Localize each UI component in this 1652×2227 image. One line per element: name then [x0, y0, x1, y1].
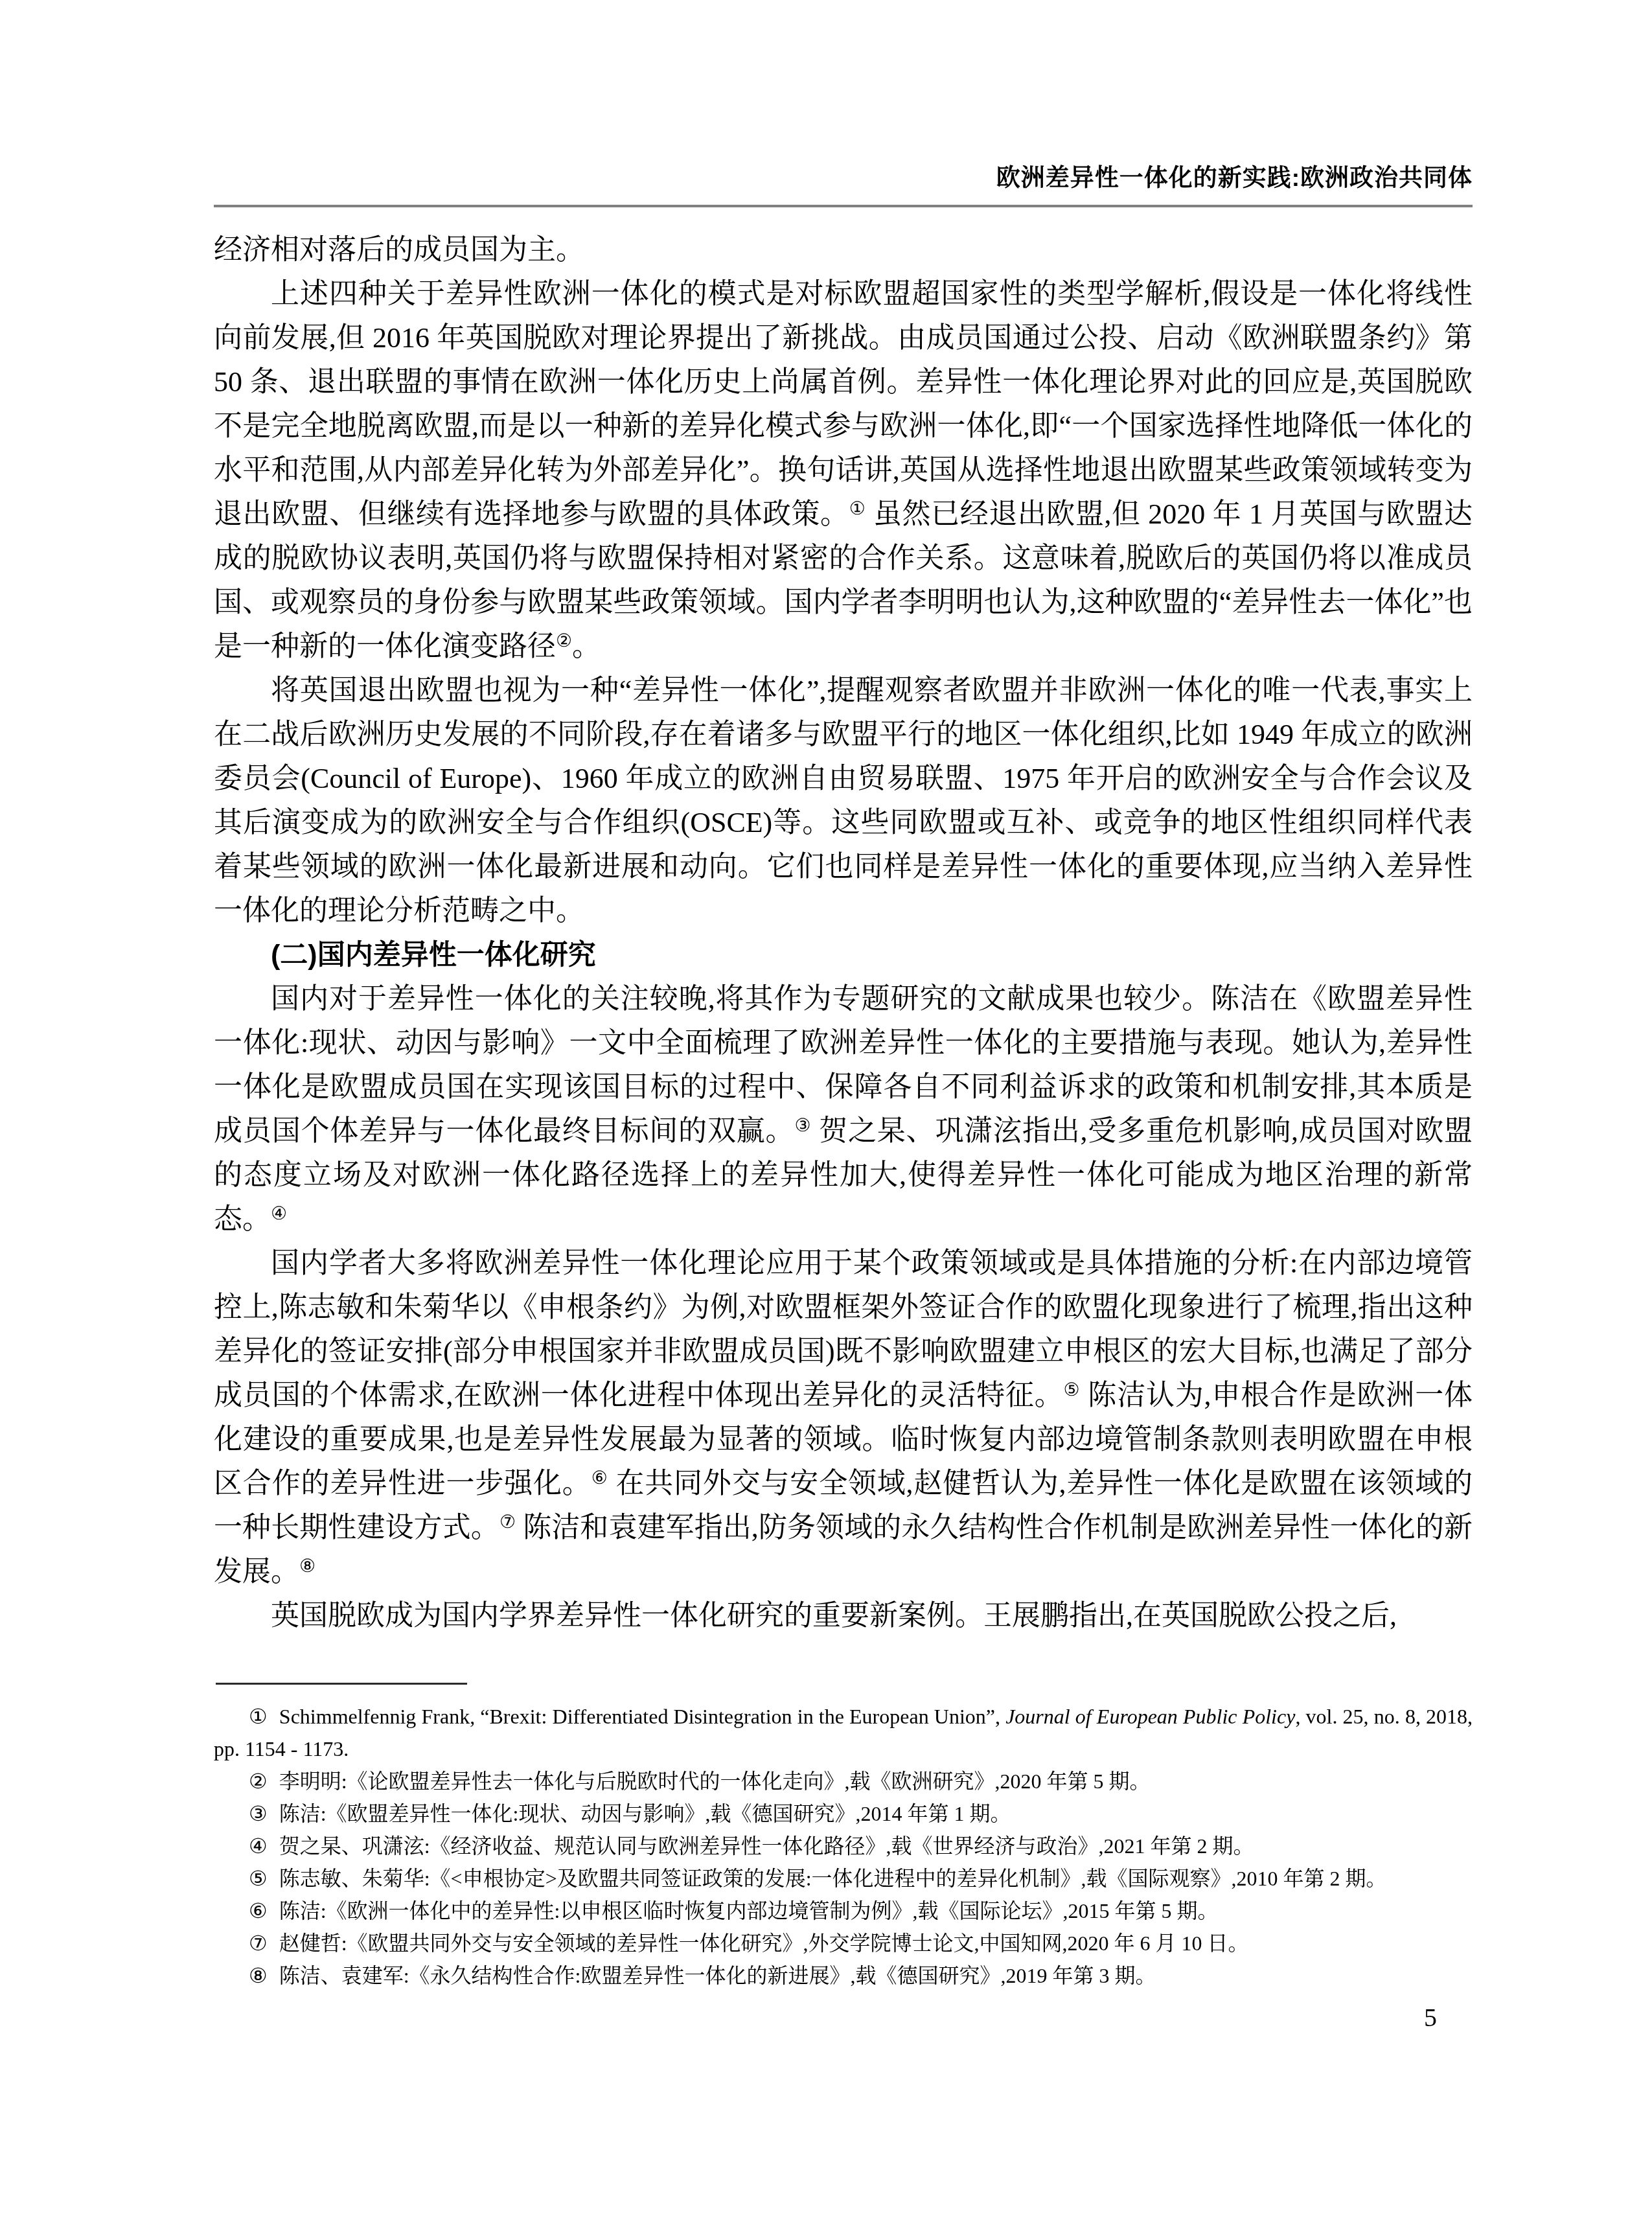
text-run: 英国脱欧成为国内学界差异性一体化研究的重要新案例。王展鹏指出,在英国脱欧公投之后… [271, 1600, 1397, 1632]
article-body: 经济相对落后的成员国为主。上述四种关于差异性欧洲一体化的模式是对标欧盟超国家性的… [214, 228, 1473, 1638]
body-paragraph: 国内对于差异性一体化的关注较晚,将其作为专题研究的文献成果也较少。陈洁在《欧盟差… [214, 977, 1473, 1241]
text-run: 陈志敏、朱菊华:《<申根协定>及欧盟共同签证政策的发展:一体化进程中的差异化机制… [279, 1867, 1387, 1890]
text-run: 陈洁:《欧盟差异性一体化:现状、动因与影响》,载《德国研究》,2014 年第 1… [279, 1802, 1011, 1825]
text-run: 经济相对落后的成员国为主。 [214, 234, 584, 266]
body-paragraph: 上述四种关于差异性欧洲一体化的模式是对标欧盟超国家性的类型学解析,假设是一体化将… [214, 272, 1473, 669]
footnote-ref: ③ [794, 1116, 811, 1136]
footnote-item: ⑧陈洁、袁建军:《永久结构性合作:欧盟差异性一体化的新进展》,载《德国研究》,2… [214, 1959, 1473, 1992]
footnote-item: ①Schimmelfennig Frank, “Brexit: Differen… [214, 1700, 1473, 1765]
text-run: Schimmelfennig Frank, “Brexit: Different… [279, 1705, 1005, 1728]
page-number: 5 [1424, 2002, 1437, 2033]
body-paragraph: 经济相对落后的成员国为主。 [214, 228, 1473, 272]
footnote-number: ③ [249, 1802, 268, 1825]
footnotes: ①Schimmelfennig Frank, “Brexit: Differen… [214, 1700, 1473, 1992]
footnote-item: ②李明明:《论欧盟差异性去一体化与后脱欧时代的一体化走向》,载《欧洲研究》,20… [214, 1765, 1473, 1797]
footnote-item: ④贺之杲、巩潇泫:《经济收益、规范认同与欧洲差异性一体化路径》,载《世界经济与政… [214, 1830, 1473, 1862]
footnote-separator [216, 1683, 467, 1685]
footnote-number: ⑤ [249, 1867, 268, 1890]
footnote-item: ⑦赵健哲:《欧盟共同外交与安全领域的差异性一体化研究》,外交学院博士论文,中国知… [214, 1927, 1473, 1959]
footnote-ref: ⑤ [1064, 1380, 1081, 1400]
footnote-ref: ⑥ [591, 1468, 608, 1488]
footnote-number: ④ [249, 1834, 268, 1858]
section-heading: (二)国内差异性一体化研究 [214, 933, 1473, 977]
footnote-item: ⑤陈志敏、朱菊华:《<申根协定>及欧盟共同签证政策的发展:一体化进程中的差异化机… [214, 1862, 1473, 1895]
footnote-number: ① [249, 1705, 268, 1728]
footnote-number: ⑥ [249, 1899, 268, 1922]
text-run: (二)国内差异性一体化研究 [271, 940, 596, 971]
running-header-title: 欧洲差异性一体化的新实践:欧洲政治共同体 [214, 158, 1473, 193]
footnote-number: ⑧ [249, 1964, 268, 1987]
text-run: 将英国退出欧盟也视为一种“差异性一体化”,提醒观察者欧盟并非欧洲一体化的唯一代表… [214, 675, 1473, 927]
footnote-ref: ④ [271, 1204, 287, 1224]
footnote-number: ⑦ [249, 1932, 268, 1955]
journal-title: Journal of European Public Policy [1005, 1705, 1295, 1728]
body-paragraph: 英国脱欧成为国内学界差异性一体化研究的重要新案例。王展鹏指出,在英国脱欧公投之后… [214, 1594, 1473, 1638]
footnote-number: ② [249, 1770, 268, 1793]
footnote-ref: ⑧ [299, 1556, 315, 1576]
body-paragraph: 将英国退出欧盟也视为一种“差异性一体化”,提醒观察者欧盟并非欧洲一体化的唯一代表… [214, 669, 1473, 933]
text-run: 上述四种关于差异性欧洲一体化的模式是对标欧盟超国家性的类型学解析,假设是一体化将… [214, 278, 1473, 530]
text-run: 。 [572, 630, 601, 662]
footnote-ref: ① [849, 499, 866, 519]
text-run: 李明明:《论欧盟差异性去一体化与后脱欧时代的一体化走向》,载《欧洲研究》,202… [279, 1770, 1151, 1793]
footnote-ref: ② [556, 631, 572, 651]
footnote-item: ③陈洁:《欧盟差异性一体化:现状、动因与影响》,载《德国研究》,2014 年第 … [214, 1797, 1473, 1830]
header-rule [214, 205, 1473, 207]
body-paragraph: 国内学者大多将欧洲差异性一体化理论应用于某个政策领域或是具体措施的分析:在内部边… [214, 1241, 1473, 1594]
text-run: 陈洁:《欧洲一体化中的差异性:以申根区临时恢复内部边境管制为例》,载《国际论坛》… [279, 1899, 1219, 1922]
text-run: 陈洁、袁建军:《永久结构性合作:欧盟差异性一体化的新进展》,载《德国研究》,20… [279, 1964, 1156, 1987]
footnote-ref: ⑦ [499, 1512, 516, 1532]
document-page: 欧洲差异性一体化的新实践:欧洲政治共同体 经济相对落后的成员国为主。上述四种关于… [0, 0, 1652, 2227]
footnote-item: ⑥陈洁:《欧洲一体化中的差异性:以申根区临时恢复内部边境管制为例》,载《国际论坛… [214, 1895, 1473, 1927]
text-run: 贺之杲、巩潇泫:《经济收益、规范认同与欧洲差异性一体化路径》,载《世界经济与政治… [279, 1834, 1254, 1858]
text-run: 赵健哲:《欧盟共同外交与安全领域的差异性一体化研究》,外交学院博士论文,中国知网… [279, 1932, 1249, 1955]
